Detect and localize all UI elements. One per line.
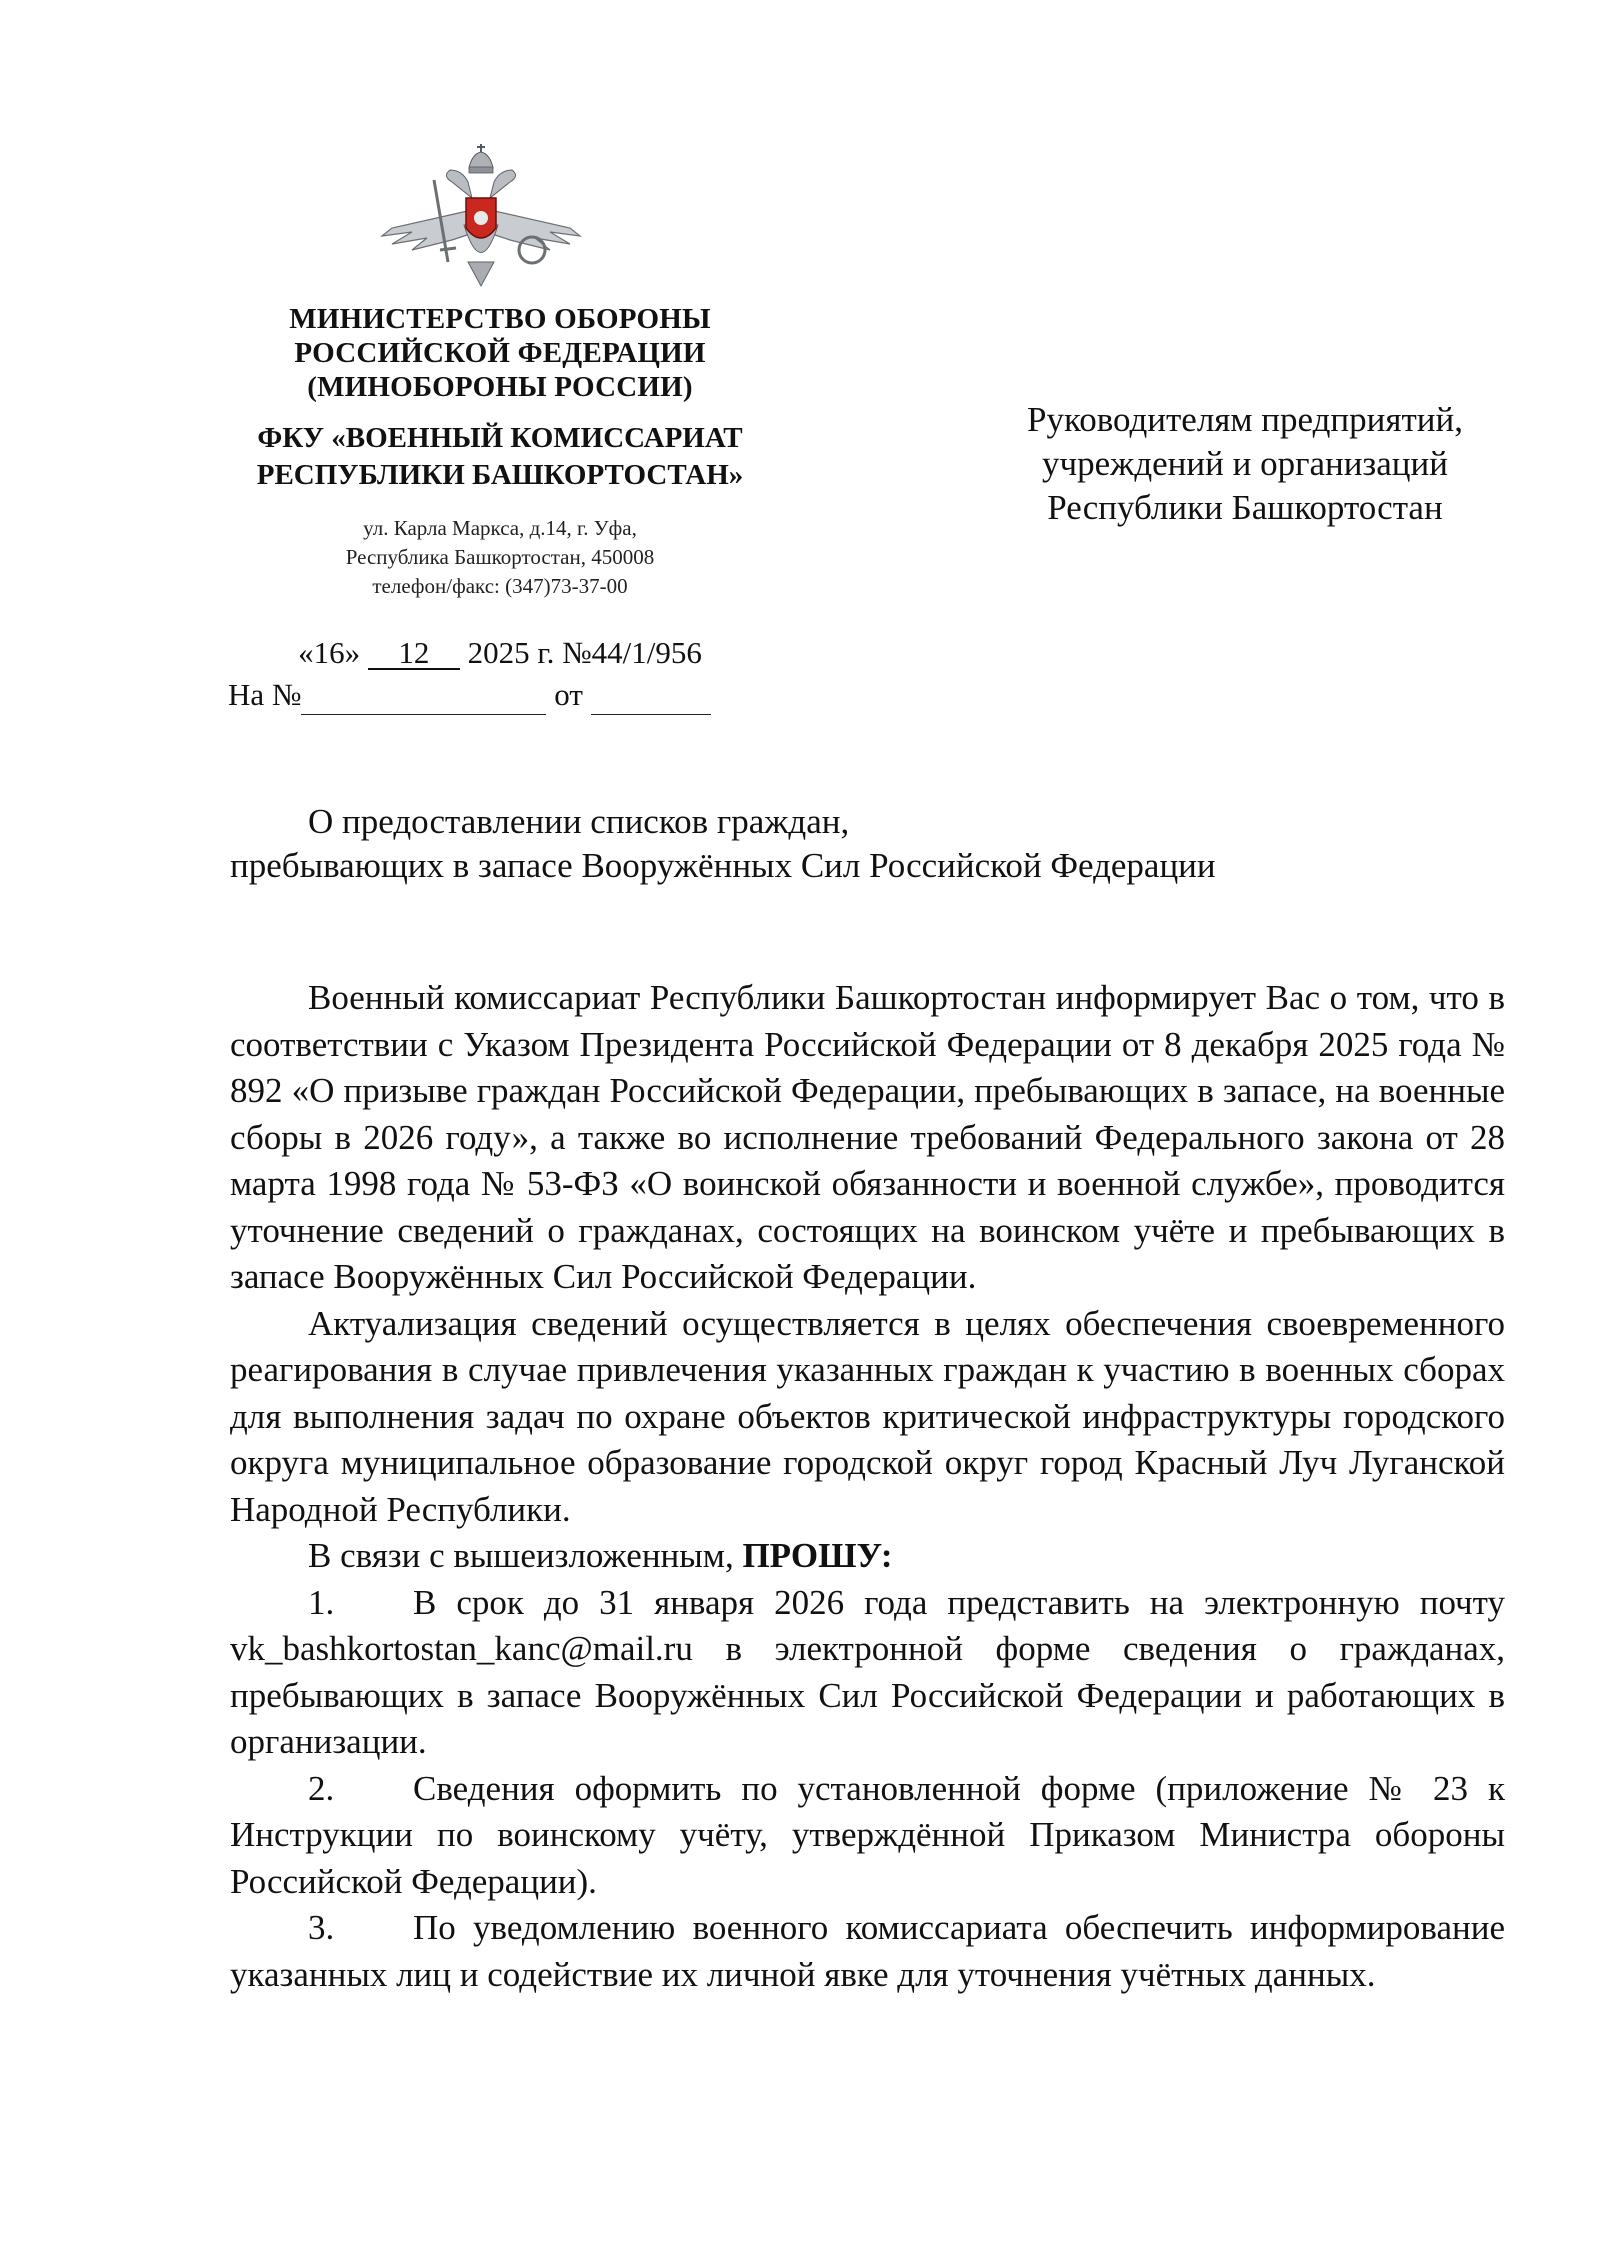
item-number: 1. — [308, 1580, 413, 1627]
ministry-line-3: (МИНОБОРОНЫ РОССИИ) — [230, 370, 770, 404]
recipient-block: Руководителям предприятий, учреждений и … — [995, 398, 1495, 530]
address-line-1: ул. Карла Маркса, д.14, г. Уфа, — [230, 514, 770, 543]
letter-body: Военный комиссариат Республики Башкортос… — [230, 975, 1505, 1998]
ministry-line-2: РОССИЙСКОЙ ФЕДЕРАЦИИ — [230, 336, 770, 370]
body-paragraph-2: Актуализация сведений осуществляется в ц… — [230, 1301, 1505, 1534]
org-line-2: РЕСПУБЛИКИ БАШКОРТОСТАН» — [230, 457, 770, 494]
date-year: 2025 г. — [468, 635, 555, 670]
date-month: 12 — [368, 638, 460, 670]
subject-line-1: О предоставлении списков граждан, — [230, 800, 1216, 844]
request-intro: В связи с вышеизложенным, — [308, 1536, 734, 1575]
body-paragraph-1: Военный комиссариат Республики Башкортос… — [230, 975, 1505, 1301]
request-word: ПРОШУ: — [742, 1536, 892, 1575]
phone-fax-line: телефон/факс: (347)73-37-00 — [230, 572, 770, 601]
document-number: №44/1/956 — [562, 635, 702, 670]
recipient-line-2: учреждений и организаций — [995, 442, 1495, 486]
request-item-1: 1.В срок до 31 января 2026 года представ… — [230, 1580, 1505, 1766]
reference-from-label: от — [554, 677, 583, 712]
ministry-name: МИНИСТЕРСТВО ОБОРОНЫ РОССИЙСКОЙ ФЕДЕРАЦИ… — [230, 302, 770, 404]
item-number: 2. — [308, 1766, 413, 1813]
request-item-2: 2.Сведения оформить по установленной фор… — [230, 1766, 1505, 1906]
address-line-2: Республика Башкортостан, 450008 — [230, 543, 770, 572]
reference-number-blank — [301, 684, 546, 715]
request-item-3: 3.По уведомлению военного комиссариата о… — [230, 1905, 1505, 1998]
ministry-line-1: МИНИСТЕРСТВО ОБОРОНЫ — [230, 302, 770, 336]
subject-line-2: пребывающих в запасе Вооружённых Сил Рос… — [230, 846, 1216, 885]
item-text: По уведомлению военного комиссариата обе… — [230, 1908, 1505, 1994]
reference-prefix: На № — [228, 677, 301, 712]
reference-date-blank — [591, 684, 711, 715]
letter-subject: О предоставлении списков граждан, пребыв… — [230, 800, 1216, 888]
request-line: В связи с вышеизложенным, ПРОШУ: — [230, 1533, 1505, 1580]
recipient-line-1: Руководителям предприятий, — [995, 398, 1495, 442]
item-number: 3. — [308, 1905, 413, 1952]
recipient-line-3: Республики Башкортостан — [995, 486, 1495, 530]
item-text: В срок до 31 января 2026 года представит… — [230, 1583, 1505, 1762]
document-date-number: «16» 12 2025 г. №44/1/956 — [230, 633, 770, 673]
date-day: «16» — [298, 635, 360, 670]
org-line-1: ФКУ «ВОЕННЫЙ КОМИССАРИАТ — [230, 420, 770, 457]
item-text: Сведения оформить по установленной форме… — [230, 1769, 1505, 1901]
reference-line: На № от — [228, 675, 711, 715]
organization-name: ФКУ «ВОЕННЫЙ КОМИССАРИАТ РЕСПУБЛИКИ БАШК… — [230, 420, 770, 494]
date-month-value: 12 — [398, 635, 429, 670]
emblem-icon — [372, 140, 590, 288]
sender-block: МИНИСТЕРСТВО ОБОРОНЫ РОССИЙСКОЙ ФЕДЕРАЦИ… — [230, 302, 770, 601]
sender-address: ул. Карла Маркса, д.14, г. Уфа, Республи… — [230, 514, 770, 601]
